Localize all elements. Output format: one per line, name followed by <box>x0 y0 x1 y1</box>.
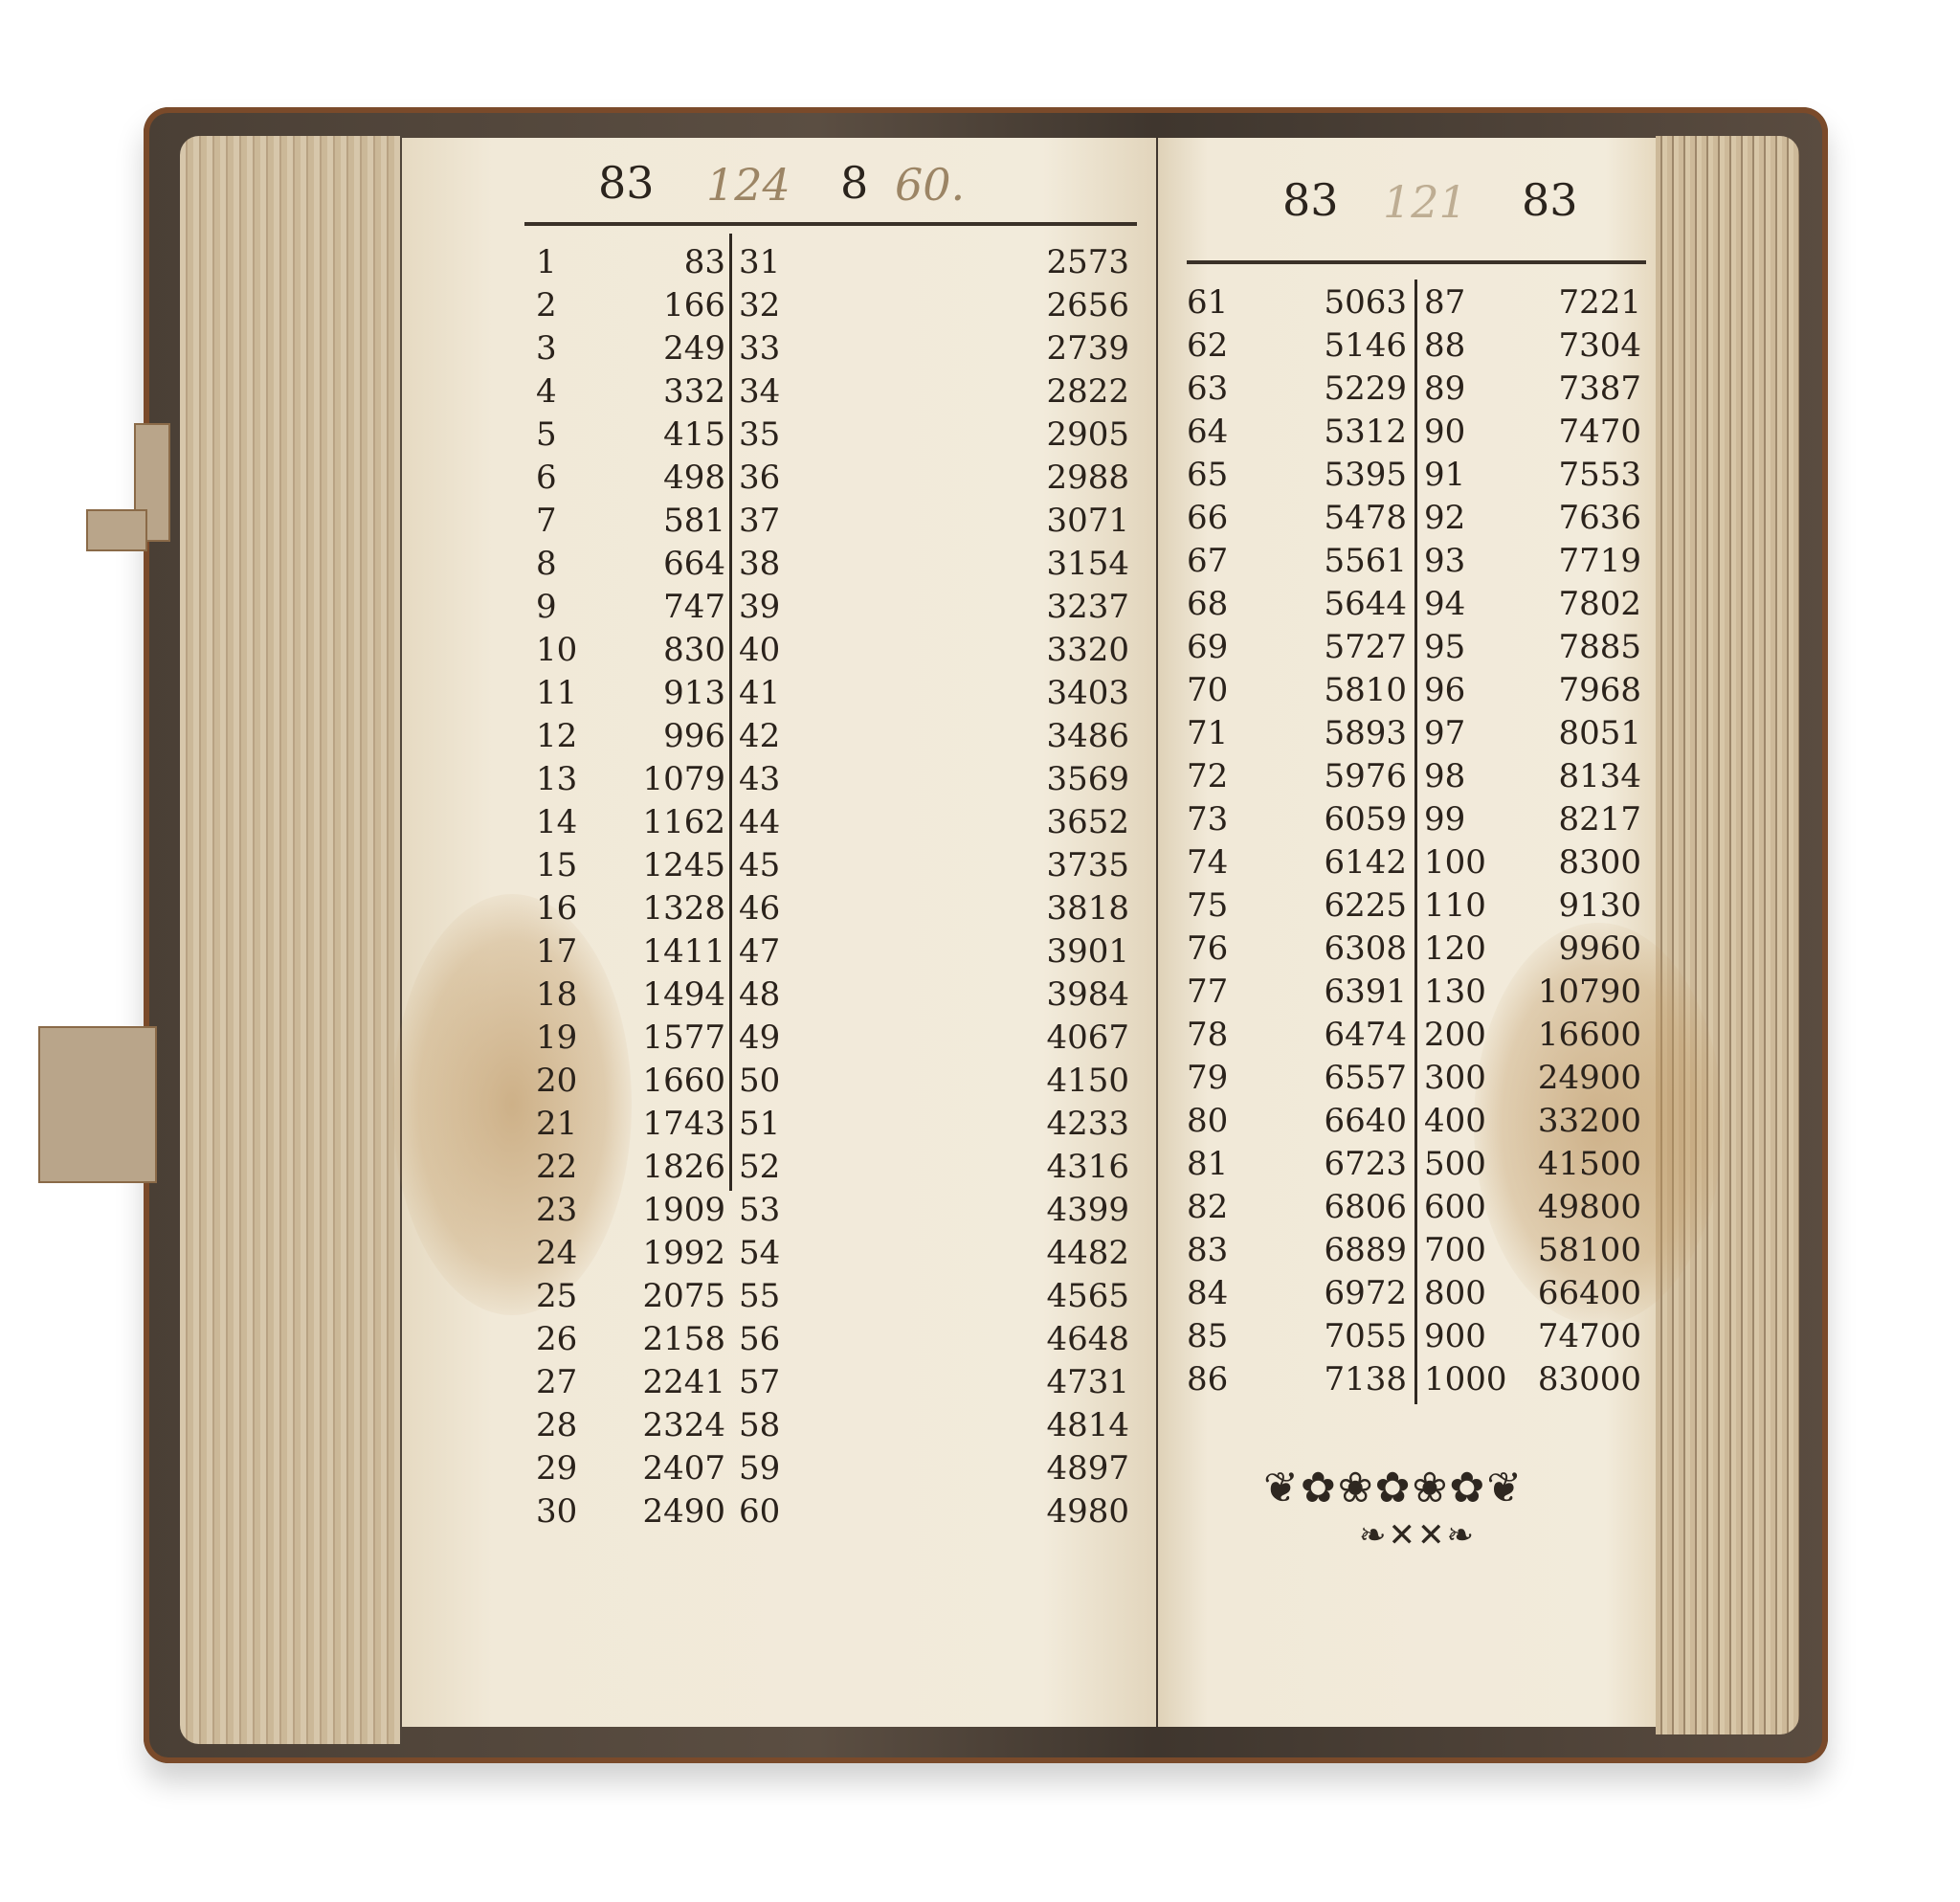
book: 83 124 8 60. 123456789101112131415161718… <box>144 107 1828 1763</box>
handwritten-60: 60. <box>895 159 965 211</box>
header-83-a: 83 <box>1282 174 1339 226</box>
products-61-86: 5063514652295312539554785561564457275810… <box>1302 281 1407 1401</box>
left-page: 83 124 8 60. 123456789101112131415161718… <box>402 138 1156 1727</box>
header-83: 83 <box>598 157 655 209</box>
column-divider-left <box>729 234 732 1191</box>
multipliers-1-30: 1234567891011121314151617181920212223242… <box>536 241 603 1533</box>
clasp-tab-mid <box>86 509 147 551</box>
header-83-b: 83 <box>1522 174 1578 226</box>
decorative-ornament-icon: ❦✿❀✿❀✿❦ <box>1263 1464 1524 1512</box>
products-1-30: 8316624933241549858166474783091399610791… <box>622 241 725 1533</box>
handwritten-124: 124 <box>706 159 791 211</box>
page-edges-right <box>1656 136 1799 1734</box>
page-edges-left <box>180 136 400 1744</box>
clasp-tab-bottom <box>38 1026 157 1183</box>
decorative-ornament-small-icon: ❧✕✕❧ <box>1359 1516 1476 1555</box>
multipliers-87-1000: 8788899091929394959697989910011012013020… <box>1424 281 1510 1401</box>
products-87-1000: 7221730473877470755376367719780278857968… <box>1522 281 1641 1401</box>
header-rule-right <box>1187 260 1646 264</box>
header-rule <box>524 222 1137 226</box>
column-divider-right <box>1414 280 1417 1404</box>
products-31-60: 2573265627392822290529883071315432373320… <box>1024 241 1129 1533</box>
header-8: 8 <box>840 157 868 209</box>
handwritten-121: 121 <box>1383 176 1467 228</box>
multipliers-61-86: 6162636465666768697071727374757677787980… <box>1187 281 1254 1401</box>
multipliers-31-60: 3132333435363738394041424344454647484950… <box>739 241 796 1533</box>
right-page: 83 121 83 616263646566676869707172737475… <box>1158 138 1656 1727</box>
